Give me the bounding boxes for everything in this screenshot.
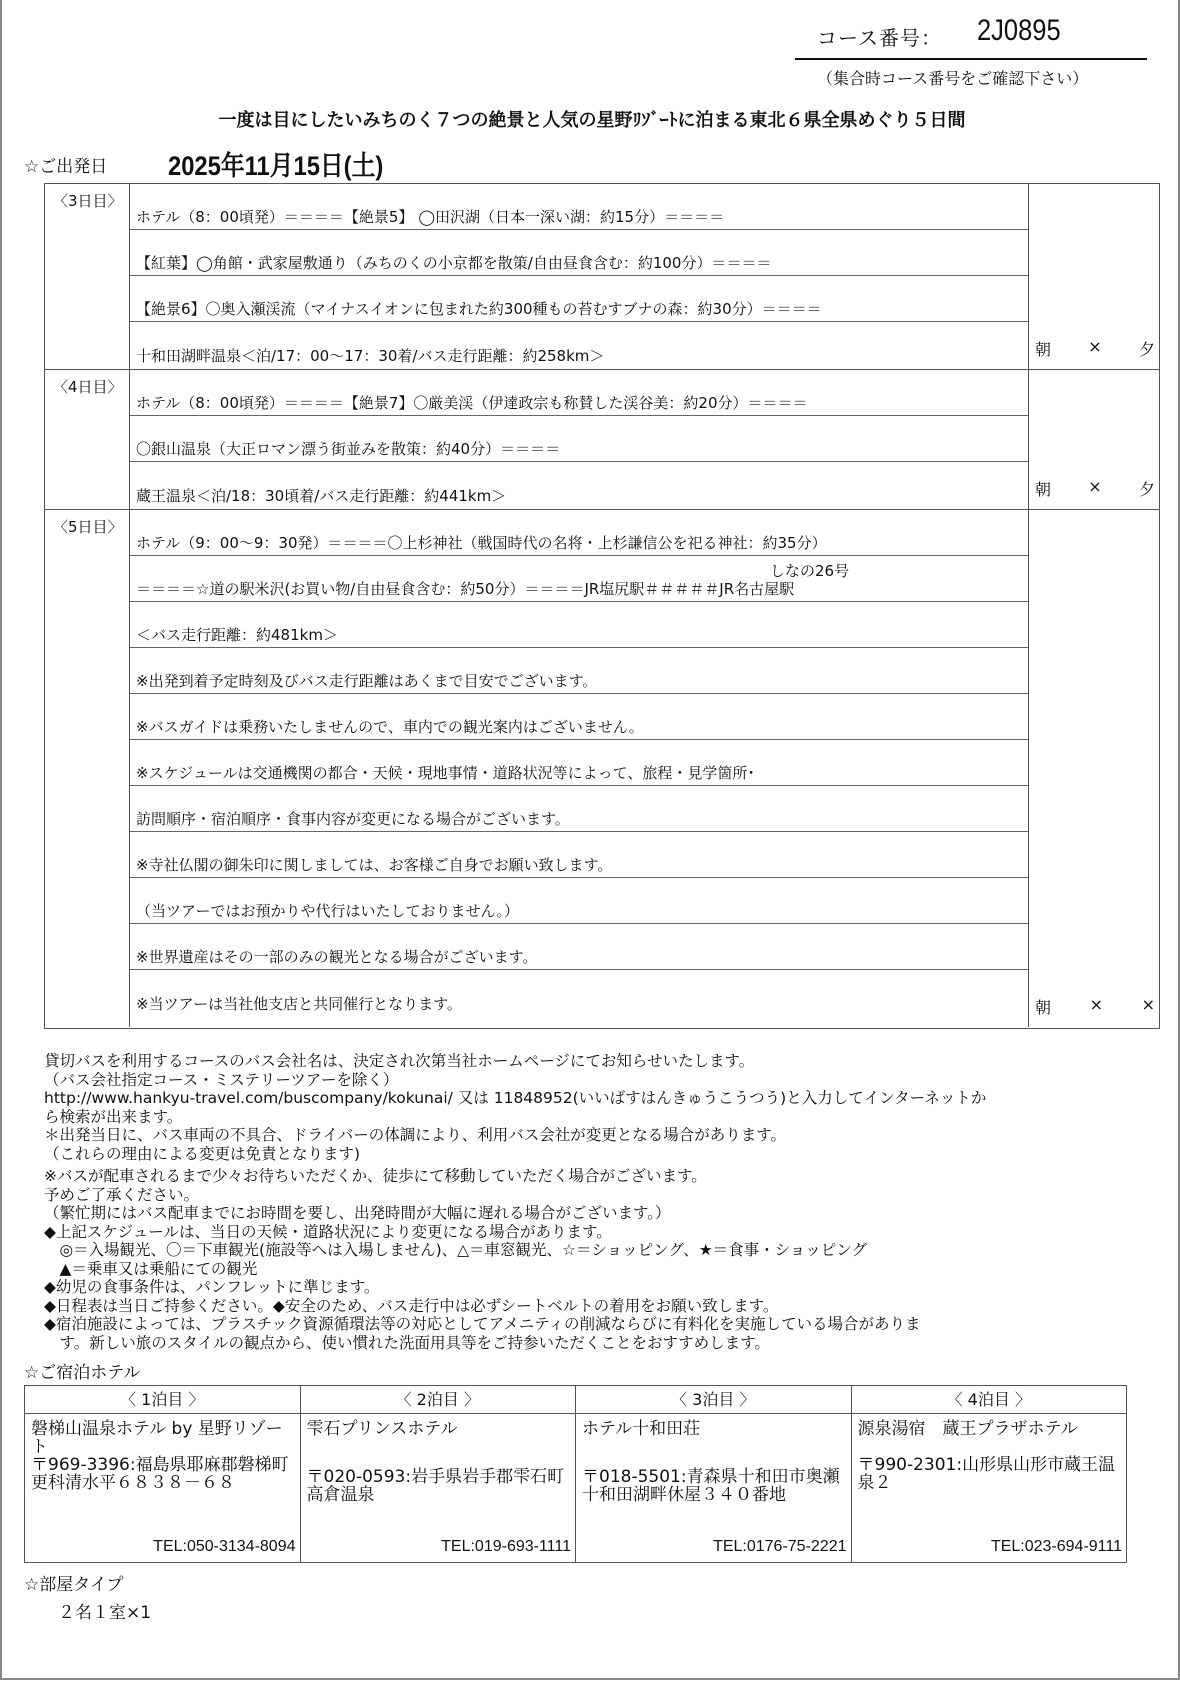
day-row-4: 〈4日目〉 ホテル（8：00頃発）＝＝＝＝【絶景7】〇厳美渓（伊達政宗も称賛した… [45,369,1159,509]
meal-breakfast: 朝 [1035,995,1051,1018]
meal-breakfast: 朝 [1035,337,1051,360]
day-row-3: 〈3日目〉 ホテル（8：00頃発）＝＝＝＝【絶景5】 ◯田沢湖（日本一深い湖：約… [45,184,1159,369]
hotel-night-3: 〈 3泊目 〉 ホテル十和田荘 〒018-5501:青森県十和田市奥瀬十和田湖畔… [575,1386,851,1562]
hotel-night-2: 〈 2泊目 〉 雫石プリンスホテル 〒020-0593:岩手県岩手郡雫石町高倉温… [300,1386,576,1562]
meal-dinner: 夕 [1139,477,1155,500]
schedule-line: 〇銀山温泉（大正ロマン漂う街並みを散策：約40分）＝＝＝＝ [130,416,1028,462]
schedule-line: ホテル（9：00～9：30発）＝＝＝＝〇上杉神社（戦国時代の名将・上杉謙信公を祀… [130,510,1028,556]
hotel-phone: TEL:0176-75-2221 [713,1538,846,1556]
meals: 朝 × 夕 [1035,337,1155,360]
room-type-value: ２名１室×1 [58,1598,151,1623]
meal-lunch: × [1088,337,1101,360]
hotel-night-4: 〈 4泊目 〉 源泉湯宿 蔵王プラザホテル 〒990-2301:山形県山形市蔵王… [851,1386,1127,1562]
meal-breakfast: 朝 [1035,477,1051,500]
night-label: 〈 2泊目 〉 [301,1386,576,1414]
note-line: ら検索が出来ます。 [44,1108,1154,1127]
meal-column-divider [1028,510,1029,1027]
departure-date: 2025年11月15日(土) [168,144,383,183]
note-line: ◆宿泊施設によっては、プラスチック資源循環法等の対応としてアメニティの削減ならび… [44,1315,1154,1334]
day-label: 〈4日目〉 [53,376,123,397]
note-line: す。新しい旅のスタイルの観点から、使い慣れた洗面用具等をご持参いただくことをおす… [44,1334,1154,1353]
hotel-address: 〒020-0593:岩手県岩手郡雫石町高倉温泉 [307,1468,570,1504]
day-label: 〈5日目〉 [53,516,123,537]
schedule-note: ※世界遺産はその一部のみの観光となる場合がございます。 [130,924,1028,970]
schedule-note: ※バスガイドは乗務いたしませんので、車内での観光案内はございません。 [130,694,1028,740]
hotel-name: 磐梯山温泉ホテル by 星野リゾート [31,1420,294,1456]
meal-lunch: × [1090,995,1103,1018]
course-number: 2J0895 [977,14,1061,48]
schedule-note: ※当ツアーは当社他支店と共同催行となります。 [130,970,1028,1016]
note-line: ※バスが配車されるまで少々お待ちいただくか、徒歩にて移動していただく場合がござい… [44,1167,1154,1186]
hotel-name: ホテル十和田荘 [582,1420,845,1438]
notes-section: 貸切バスを利用するコースのバス会社名は、決定され次第当社ホームページにてお知らせ… [44,1052,1154,1352]
departure-label: ☆ご出発日 [24,152,107,177]
hotel-night-1: 〈 1泊目 〉 磐梯山温泉ホテル by 星野リゾート 〒969-3396:福島県… [25,1386,300,1562]
schedule-line: ホテル（8：00頃発）＝＝＝＝【絶景7】〇厳美渓（伊達政宗も称賛した渓谷美：約2… [130,370,1028,416]
note-line: （繁忙期にはバス配車までにお時間を要し、出発時間が大幅に遅れる場合がございます。… [44,1204,1154,1223]
meal-dinner: × [1142,995,1155,1018]
hotel-address: 〒018-5501:青森県十和田市奥瀬十和田湖畔休屋３４０番地 [582,1468,845,1504]
note-line: 貸切バスを利用するコースのバス会社名は、決定され次第当社ホームページにてお知らせ… [44,1052,1154,1071]
schedule-note: ※出発到着予定時刻及びバス走行距離はあくまで目安でございます。 [130,648,1028,694]
legend-line: ◎＝入場観光、〇＝下車観光(施設等へは入場しません)、△＝車窓観光、☆＝ショッピ… [44,1241,1154,1260]
schedule-note: ※寺社仏閣の御朱印に関しましては、お客様ご自身でお願い致します。 [130,832,1028,878]
itinerary-table: 〈3日目〉 ホテル（8：00頃発）＝＝＝＝【絶景5】 ◯田沢湖（日本一深い湖：約… [44,183,1160,1029]
note-line: （バス会社指定コース・ミステリーツアーを除く） [44,1071,1154,1090]
hotel-name: 雫石プリンスホテル [307,1420,570,1438]
legend-line: ▲＝乗車又は乗船にての観光 [44,1260,1154,1279]
schedule-line: しなの26号 ＝＝＝＝☆道の駅米沢(お買い物/自由昼食含む：約50分）＝＝＝＝J… [130,556,1028,602]
note-line: ＊出発当日に、バス車両の不具合、ドライバーの体調により、利用バス会社が変更となる… [44,1126,1154,1145]
meals: 朝 × 夕 [1035,477,1155,500]
schedule-line: 【紅葉】◯角館・武家屋敷通り（みちのくの小京都を散策/自由昼食含む：約100分）… [130,230,1028,276]
day-label: 〈3日目〉 [53,190,123,211]
schedule-line: 【絶景6】〇奥入瀬渓流（マイナスイオンに包まれた約300種もの苔むすブナの森：約… [130,276,1028,322]
note-line: ◆上記スケジュールは、当日の天候・道路状況により変更になる場合があります。 [44,1223,1154,1242]
schedule-note: 訪問順序・宿泊順序・食事内容が変更になる場合がございます。 [130,786,1028,832]
course-number-underline [795,58,1147,60]
night-label: 〈 3泊目 〉 [576,1386,851,1414]
night-label: 〈 4泊目 〉 [852,1386,1127,1414]
schedule-note: ※スケジュールは交通機関の都合・天候・現地事情・道路状況等によって、旅程・見学箇… [130,740,1028,786]
schedule-line: 十和田湖畔温泉＜泊/17：00～17：30着/バス走行距離：約258km＞ [130,322,1028,368]
course-number-label: コース番号： [817,22,942,51]
course-number-note: （集合時コース番号をご確認下さい） [817,66,1088,89]
hotel-phone: TEL:050-3134-8094 [153,1538,295,1556]
day-row-5: 〈5日目〉 ホテル（9：00～9：30発）＝＝＝＝〇上杉神社（戦国時代の名将・上… [45,509,1159,1027]
schedule-line: ＜バス走行距離：約481km＞ [130,602,1028,648]
night-label: 〈 1泊目 〉 [25,1386,300,1414]
hotel-address: 〒969-3396:福島県耶麻郡磐梯町更科清水平６８３８－６８ [31,1456,294,1492]
bus-company-link[interactable]: http://www.hankyu-travel.com/buscompany/… [44,1089,1154,1108]
note-line: 予めご了承ください。 [44,1186,1154,1205]
hotels-table: 〈 1泊目 〉 磐梯山温泉ホテル by 星野リゾート 〒969-3396:福島県… [24,1385,1127,1563]
hotel-address: 〒990-2301:山形県山形市蔵王温泉２ [858,1456,1121,1492]
itinerary-document: コース番号： 2J0895 （集合時コース番号をご確認下さい） 一度は目にしたい… [0,0,1180,1680]
meal-column-divider [1028,370,1029,509]
meal-column-divider [1028,184,1029,369]
hotel-phone: TEL:019-693-1111 [441,1538,571,1556]
room-type-heading: ☆部屋タイプ [24,1570,123,1595]
note-line: （これらの理由による変更は免責となります) [44,1145,1154,1164]
meal-lunch: × [1088,477,1101,500]
tour-title: 一度は目にしたいみちのく７つの絶景と人気の星野ﾘｿﾞｰﾄに泊まる東北６県全県めぐ… [2,106,1180,132]
schedule-line: 蔵王温泉＜泊/18：30頃着/バス走行距離：約441km＞ [130,462,1028,508]
note-line: ◆日程表は当日ご持参ください。◆安全のため、バス走行中は必ずシートベルトの着用を… [44,1297,1154,1316]
meals: 朝 × × [1035,995,1155,1018]
meal-dinner: 夕 [1139,337,1155,360]
hotel-name: 源泉湯宿 蔵王プラザホテル [858,1420,1121,1438]
schedule-line: ホテル（8：00頃発）＝＝＝＝【絶景5】 ◯田沢湖（日本一深い湖：約15分）＝＝… [130,184,1028,230]
schedule-note: （当ツアーではお預かりや代行はいたしておりません。） [130,878,1028,924]
hotel-phone: TEL:023-694-9111 [991,1538,1122,1556]
note-line: ◆幼児の食事条件は、パンフレットに準じます。 [44,1278,1154,1297]
hotels-heading: ☆ご宿泊ホテル [24,1358,140,1383]
